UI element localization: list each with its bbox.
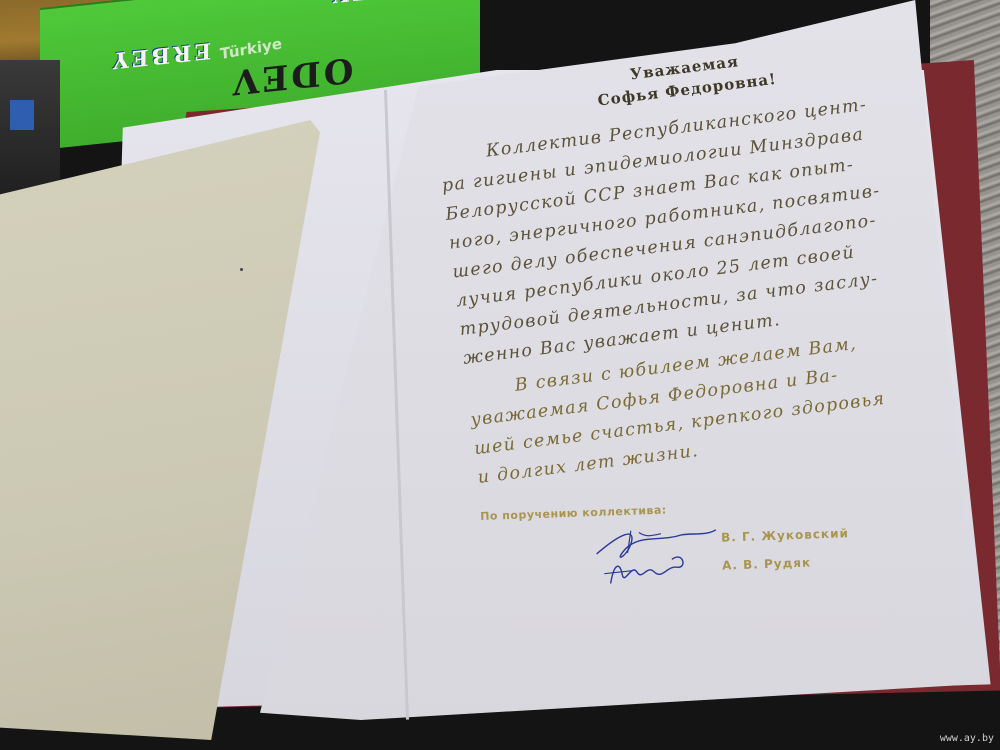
background-blue-label <box>10 100 34 130</box>
signer-name: В. Г. Жуковский <box>721 519 850 551</box>
handwritten-signatures <box>591 520 723 594</box>
watermark-text: www.ay.by <box>940 733 994 744</box>
signers-list: В. Г. Жуковский А. В. Рудяк <box>721 519 851 579</box>
box-brand-text: ERBEY <box>330 0 431 8</box>
signer-name: А. В. Рудяк <box>722 547 851 579</box>
photo-scene: ERBEY ERBEY ODEV Türkiye Уважаемая Софья… <box>0 0 1000 750</box>
letter-text: Уважаемая Софья Федоровна! Коллектив Рес… <box>430 31 946 493</box>
box-brand-text: ERBEY <box>110 37 211 74</box>
paper-speck <box>240 268 243 271</box>
